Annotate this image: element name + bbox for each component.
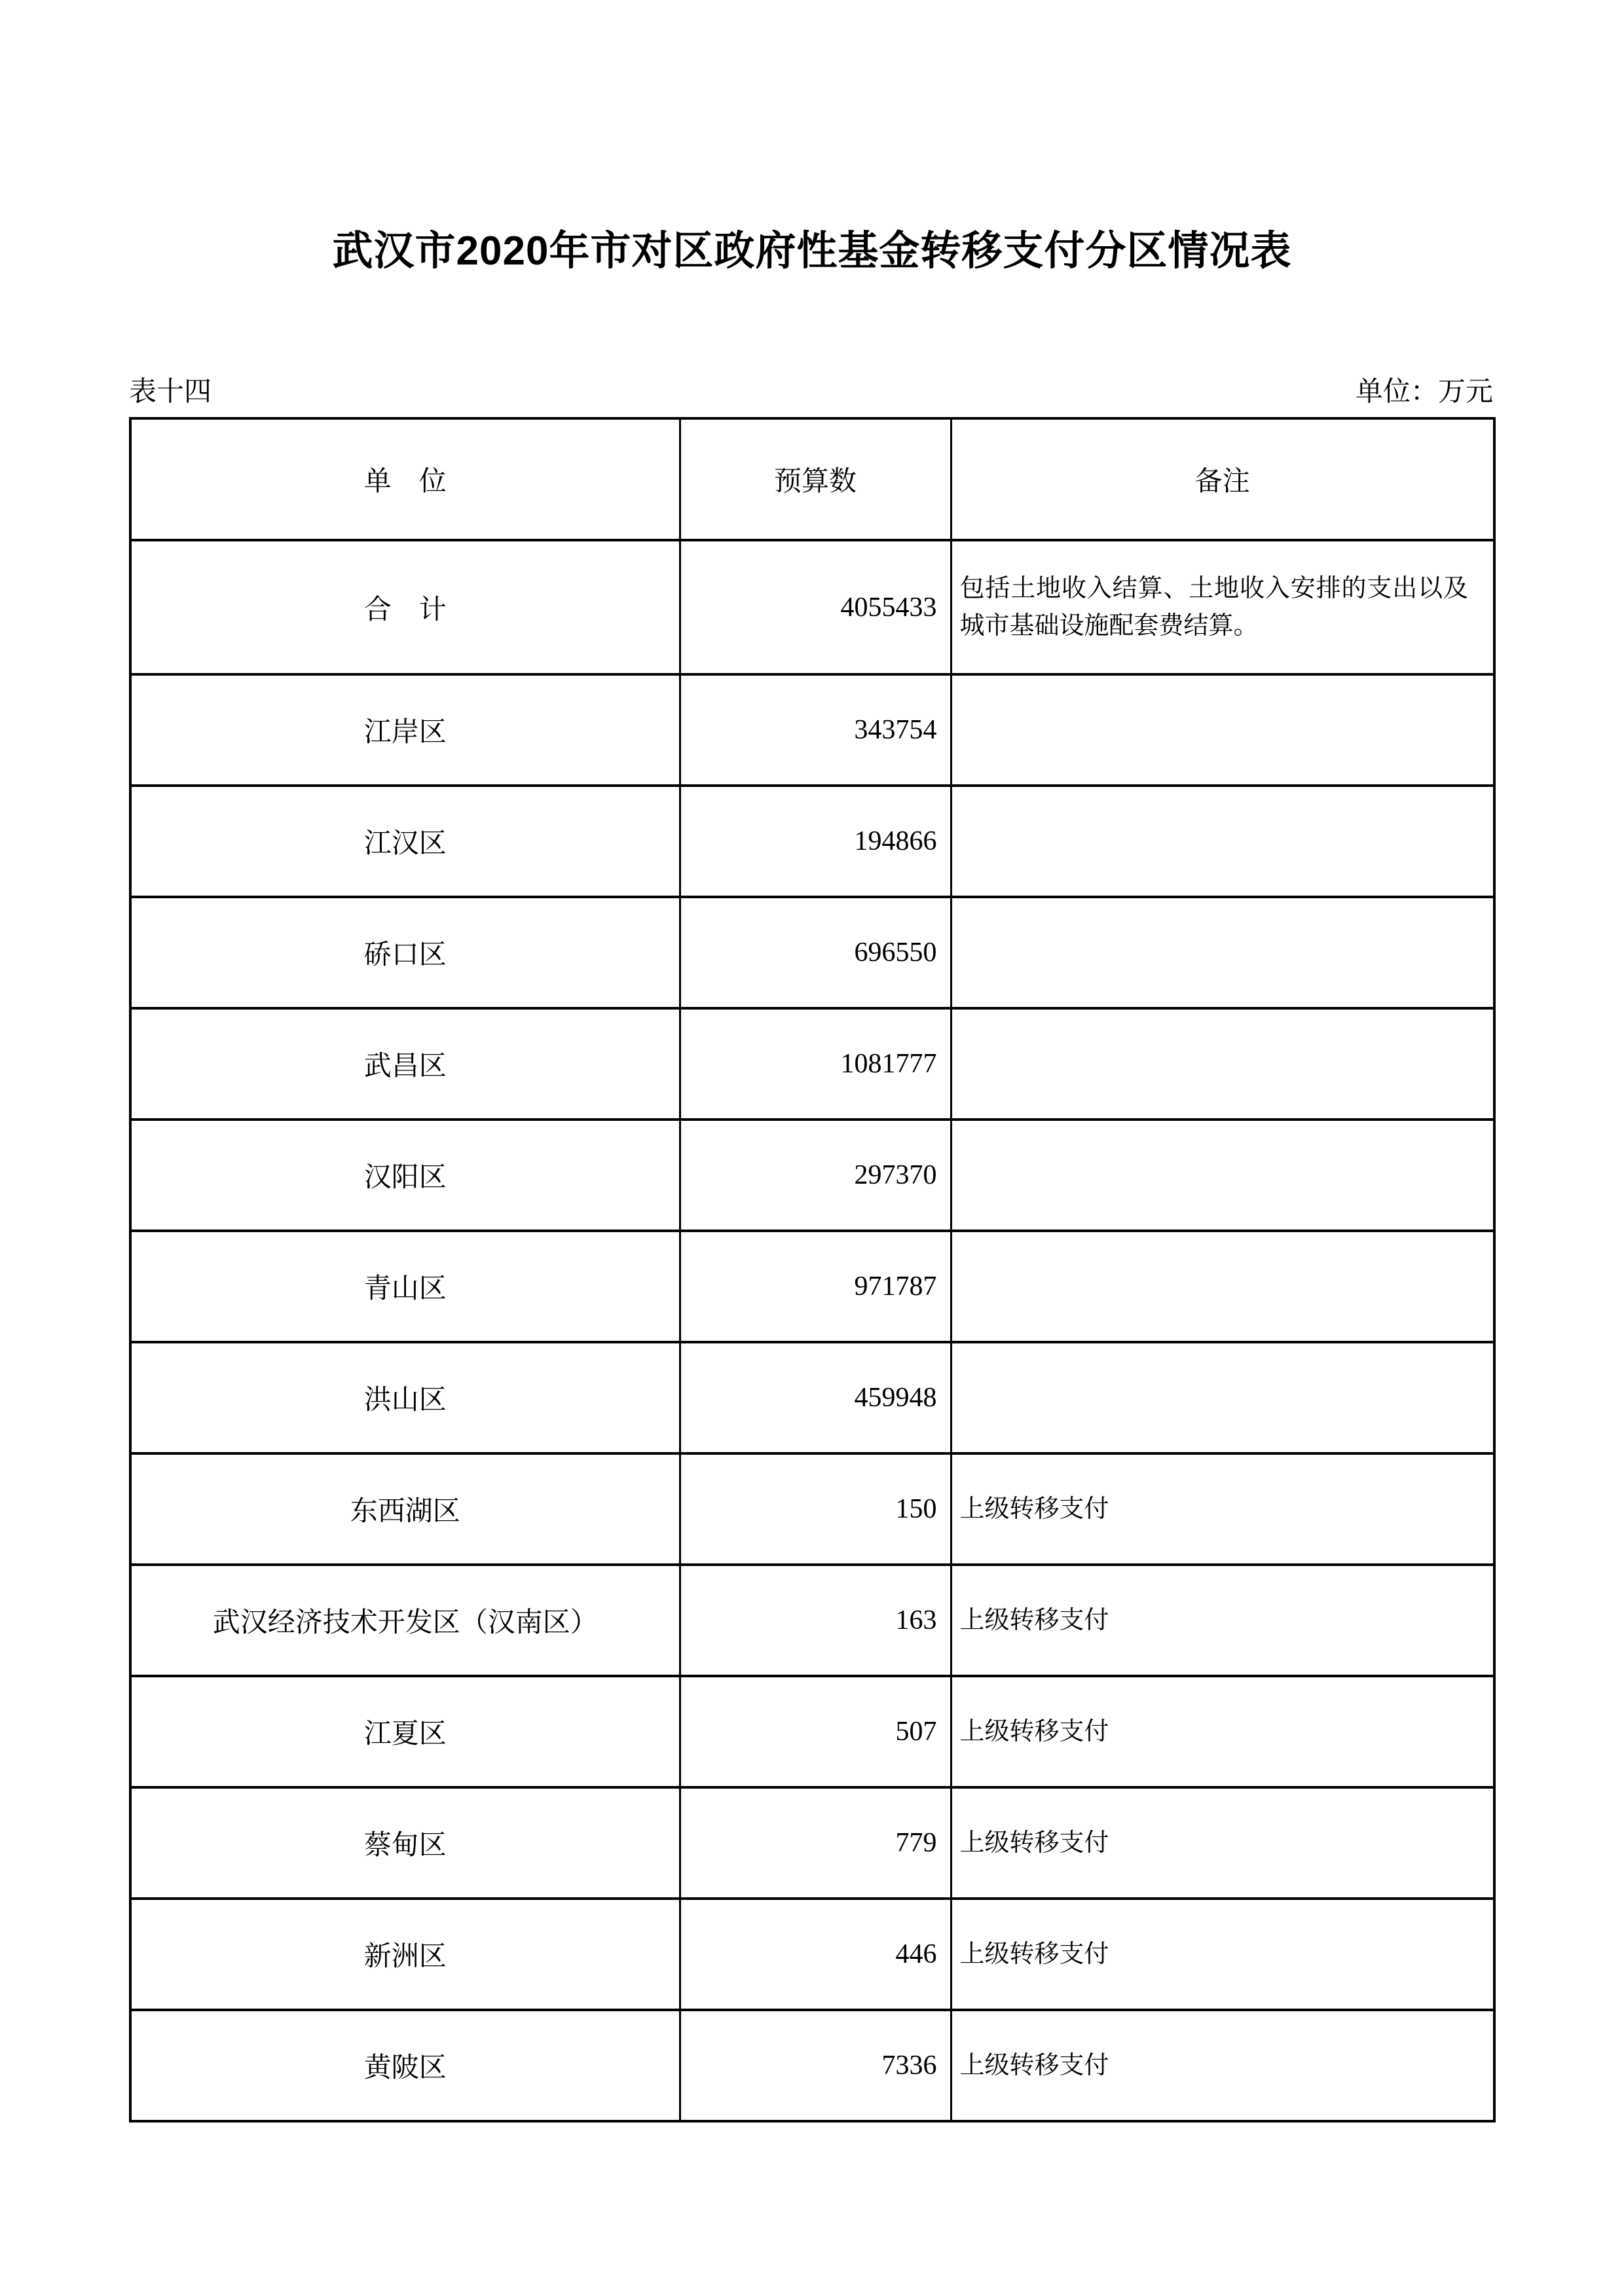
remark-cell — [951, 1231, 1494, 1342]
unit-cell: 新洲区 — [130, 1899, 680, 2010]
fund-transfer-table: 单 位 预算数 备注 合 计4055433包括土地收入结算、土地收入安排的支出以… — [129, 417, 1496, 2123]
budget-cell: 446 — [680, 1899, 951, 2010]
table-row: 江岸区343754 — [130, 674, 1494, 786]
budget-cell: 194866 — [680, 786, 951, 897]
unit-cell: 武汉经济技术开发区（汉南区） — [130, 1565, 680, 1676]
remark-cell — [951, 674, 1494, 786]
table-row: 东西湖区150上级转移支付 — [130, 1453, 1494, 1565]
unit-of-measure-label: 单位：万元 — [1356, 376, 1493, 409]
table-row: 新洲区446上级转移支付 — [130, 1899, 1494, 2010]
table-row: 青山区971787 — [130, 1231, 1494, 1342]
document-page: 武汉市2020年市对区政府性基金转移支付分区情况表 表十四 单位：万元 单 位 … — [0, 0, 1624, 2296]
remark-cell: 包括土地收入结算、土地收入安排的支出以及城市基础设施配套费结算。 — [951, 540, 1494, 674]
budget-cell: 696550 — [680, 897, 951, 1008]
table-row: 合 计4055433包括土地收入结算、土地收入安排的支出以及城市基础设施配套费结… — [130, 540, 1494, 674]
unit-cell: 汉阳区 — [130, 1120, 680, 1231]
unit-cell: 江夏区 — [130, 1676, 680, 1787]
unit-cell: 江汉区 — [130, 786, 680, 897]
remark-cell: 上级转移支付 — [951, 1453, 1494, 1565]
budget-cell: 163 — [680, 1565, 951, 1676]
remark-cell: 上级转移支付 — [951, 1676, 1494, 1787]
unit-cell: 青山区 — [130, 1231, 680, 1342]
column-header-unit: 单 位 — [130, 418, 680, 540]
table-row: 蔡甸区779上级转移支付 — [130, 1787, 1494, 1899]
unit-cell: 黄陂区 — [130, 2010, 680, 2121]
budget-cell: 459948 — [680, 1342, 951, 1453]
table-header-row: 单 位 预算数 备注 — [130, 418, 1494, 540]
budget-cell: 297370 — [680, 1120, 951, 1231]
remark-cell — [951, 1120, 1494, 1231]
table-row: 武汉经济技术开发区（汉南区）163上级转移支付 — [130, 1565, 1494, 1676]
unit-cell: 硚口区 — [130, 897, 680, 1008]
remark-cell — [951, 897, 1494, 1008]
remark-cell — [951, 1008, 1494, 1120]
unit-cell: 东西湖区 — [130, 1453, 680, 1565]
budget-cell: 150 — [680, 1453, 951, 1565]
budget-cell: 507 — [680, 1676, 951, 1787]
unit-cell: 洪山区 — [130, 1342, 680, 1453]
remark-cell: 上级转移支付 — [951, 1787, 1494, 1899]
table-row: 硚口区696550 — [130, 897, 1494, 1008]
unit-cell: 合 计 — [130, 540, 680, 674]
budget-cell: 1081777 — [680, 1008, 951, 1120]
table-row: 江夏区507上级转移支付 — [130, 1676, 1494, 1787]
remark-cell: 上级转移支付 — [951, 1565, 1494, 1676]
table-row: 汉阳区297370 — [130, 1120, 1494, 1231]
budget-cell: 779 — [680, 1787, 951, 1899]
table-row: 黄陂区7336上级转移支付 — [130, 2010, 1494, 2121]
table-row: 江汉区194866 — [130, 786, 1494, 897]
table-number-label: 表十四 — [129, 376, 212, 409]
budget-cell: 343754 — [680, 674, 951, 786]
remark-cell — [951, 1342, 1494, 1453]
remark-cell: 上级转移支付 — [951, 2010, 1494, 2121]
budget-cell: 7336 — [680, 2010, 951, 2121]
budget-cell: 971787 — [680, 1231, 951, 1342]
document-title: 武汉市2020年市对区政府性基金转移支付分区情况表 — [0, 229, 1624, 274]
budget-cell: 4055433 — [680, 540, 951, 674]
unit-cell: 武昌区 — [130, 1008, 680, 1120]
unit-cell: 蔡甸区 — [130, 1787, 680, 1899]
table-row: 武昌区1081777 — [130, 1008, 1494, 1120]
remark-cell — [951, 786, 1494, 897]
column-header-remarks: 备注 — [951, 418, 1494, 540]
table-row: 洪山区459948 — [130, 1342, 1494, 1453]
remark-cell: 上级转移支付 — [951, 1899, 1494, 2010]
table-meta-line: 表十四 单位：万元 — [129, 376, 1493, 409]
unit-cell: 江岸区 — [130, 674, 680, 786]
column-header-budget: 预算数 — [680, 418, 951, 540]
